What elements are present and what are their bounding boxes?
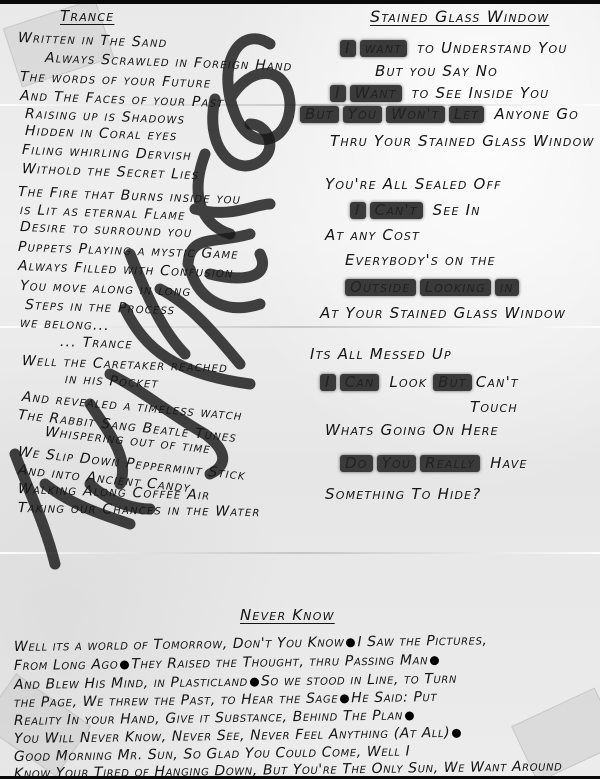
lyric-text: See In xyxy=(427,201,481,219)
lyric-text: And Blew His Mind, in Plasticland xyxy=(14,674,248,693)
redacted-word: But xyxy=(433,374,472,391)
lyric-text: Its All Messed Up xyxy=(310,345,452,363)
lyric-line: Reality In your Hand, Give it Substance,… xyxy=(14,708,416,728)
lyric-line: Something To Hide? xyxy=(325,487,481,502)
lyric-line: in his Pocket xyxy=(65,372,160,391)
lyric-text: Look xyxy=(383,373,433,391)
redacted-word: Really xyxy=(420,455,480,472)
lyric-text: to Understand You xyxy=(411,39,567,57)
redacted-word: Can't xyxy=(370,202,423,219)
redacted-word: I xyxy=(350,202,366,219)
lyric-line: ICan't See In xyxy=(350,202,481,219)
redacted-word: Do xyxy=(340,455,373,472)
redacted-word: Let xyxy=(449,106,485,123)
lyric-line: Whats Going On Here xyxy=(325,423,499,438)
lyric-text: Anyone Go xyxy=(488,105,579,123)
lyric-line: ICan Look ButCan't xyxy=(320,374,519,391)
redacted-word: Outside xyxy=(345,279,416,296)
lyric-line: From Long AgoThey Raised the Thought, th… xyxy=(14,653,441,673)
lyric-sheet: Trance Written in The SandAlways Scrawle… xyxy=(0,4,600,776)
lyric-line: ButYouWon'tLet Anyone Go xyxy=(300,106,579,123)
lyric-line: You move along in long xyxy=(20,279,192,299)
lyric-text: At Your Stained Glass Window xyxy=(320,304,566,322)
song-title-trance: Trance xyxy=(60,9,114,24)
ink-dot xyxy=(430,656,439,665)
redacted-word: Won't xyxy=(386,106,445,123)
ink-dot xyxy=(120,660,129,669)
lyric-line: Everybody's on the xyxy=(345,253,496,268)
lyric-line: ... Trance xyxy=(60,335,133,352)
redacted-word: Looking xyxy=(420,279,491,296)
lyric-text: He Said: Put xyxy=(351,689,437,706)
lyric-text: But you Say No xyxy=(375,62,498,80)
lyric-text: You're All Sealed Off xyxy=(325,175,502,193)
lyric-text: to See Inside You xyxy=(406,84,550,102)
lyric-text: So we stood in Line, to Turn xyxy=(261,671,457,690)
redacted-word: Can xyxy=(340,374,380,391)
lyric-line: Iwant to Understand You xyxy=(340,40,568,57)
song-title-never-know: Never Know xyxy=(240,608,335,623)
redacted-word: in xyxy=(495,279,519,296)
lyric-text: the Page, We threw the Past, to Hear the… xyxy=(14,690,338,711)
lyric-line: Steps in the Process xyxy=(25,298,176,317)
song-title-stained-glass-window: Stained Glass Window xyxy=(370,9,549,25)
lyric-line: The words of your Future xyxy=(20,70,212,91)
redacted-word: Want xyxy=(350,85,402,102)
lyric-line: Well its a world of Tomorrow, Don't You … xyxy=(14,633,488,654)
redacted-word: You xyxy=(377,455,416,472)
lyric-line: we belong... xyxy=(20,316,110,333)
lyric-text: From Long Ago xyxy=(14,657,119,674)
lyric-text: They Raised the Thought, thru Passing Ma… xyxy=(131,652,428,672)
lyric-line: IWant to See Inside You xyxy=(330,85,549,102)
fold-crease xyxy=(0,552,600,554)
lyric-text: Thru Your Stained Glass Window xyxy=(330,132,595,150)
redacted-word: I xyxy=(340,40,356,57)
lyric-text: Have xyxy=(484,454,528,472)
lyric-line: DoYouReally Have xyxy=(340,455,528,472)
ink-dot xyxy=(346,638,355,647)
lyric-line: You're All Sealed Off xyxy=(325,177,502,192)
lyric-text: Something To Hide? xyxy=(325,485,481,503)
lyric-line: But you Say No xyxy=(375,64,498,79)
lyric-text: Well its a world of Tomorrow, Don't You … xyxy=(14,634,345,655)
redacted-word: want xyxy=(360,40,408,57)
ink-dot xyxy=(452,728,461,737)
lyric-line: OutsideLookingin xyxy=(345,279,523,296)
lyric-line: Always Filled with Confusion xyxy=(18,259,234,281)
redacted-word: I xyxy=(320,374,336,391)
lyric-line: At Your Stained Glass Window xyxy=(320,306,566,321)
redacted-word: I xyxy=(330,85,346,102)
lyric-text: Can't xyxy=(476,373,519,391)
lyric-line: At any Cost xyxy=(325,228,420,243)
lyric-text: I Saw the Pictures, xyxy=(357,632,487,650)
ink-dot xyxy=(340,694,349,703)
ink-dot xyxy=(250,677,259,686)
ink-dot xyxy=(405,711,414,720)
redacted-word: You xyxy=(343,106,382,123)
redacted-word: But xyxy=(300,106,339,123)
lyric-text: Whats Going On Here xyxy=(325,421,499,439)
lyric-line: Filing whirling Dervish xyxy=(22,143,192,163)
lyric-text: Touch xyxy=(470,398,518,416)
lyric-text: At any Cost xyxy=(325,226,420,244)
lyric-line: Well the Caretaker reached xyxy=(22,354,229,375)
lyric-line: Thru Your Stained Glass Window xyxy=(330,134,595,149)
lyric-text: Everybody's on the xyxy=(345,251,496,269)
lyric-line: Withold the Secret Lies xyxy=(22,162,200,182)
lyric-line: Touch xyxy=(470,400,518,415)
lyric-line: Its All Messed Up xyxy=(310,347,452,362)
lyric-line: Hidden in Coral eyes xyxy=(25,124,178,143)
lyric-line: Taking our Chances in the Water xyxy=(18,501,261,519)
